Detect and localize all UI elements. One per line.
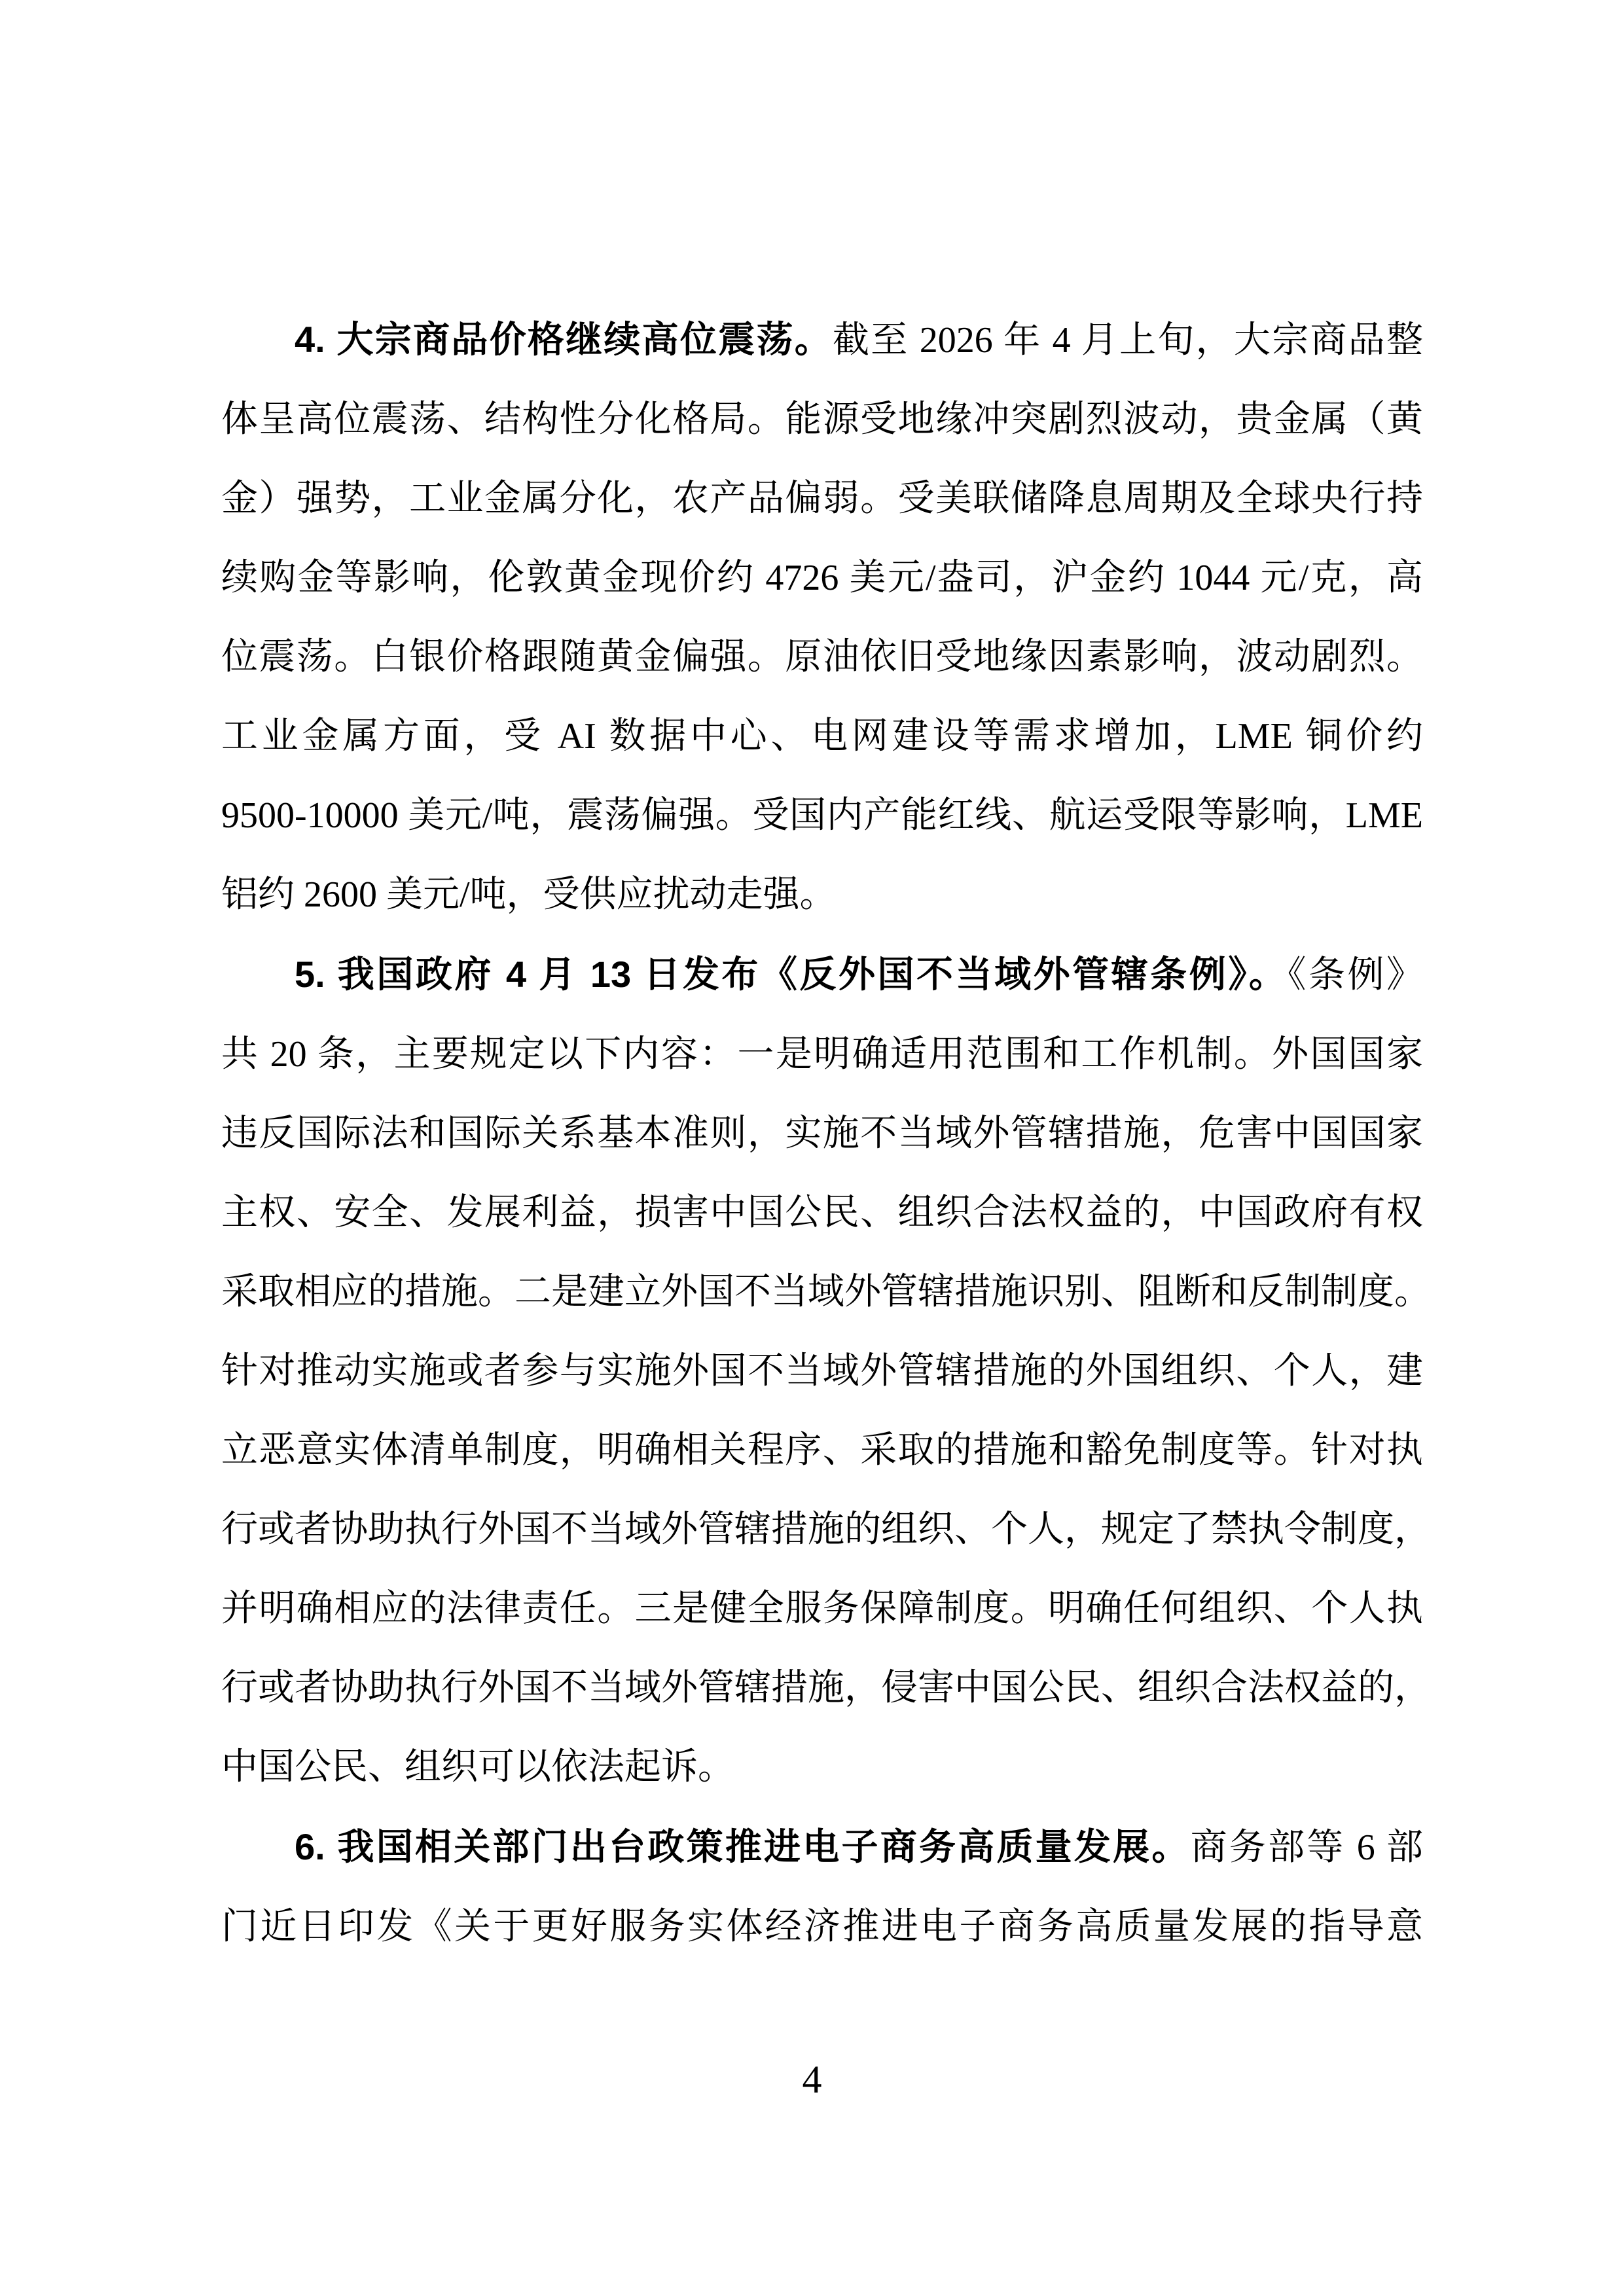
text-line: 门近日印发《关于更好服务实体经济推进电子商务高质量发展的指导意 <box>221 1888 1423 1967</box>
text-line: 6. 我国相关部门出台政策推进电子商务高质量发展。商务部等 6 部 <box>221 1807 1423 1888</box>
body-text-segment: 并明确相应的法律责任。三是健全服务保障制度。明确任何组织、个人执 <box>221 1588 1423 1629</box>
body-text-segment: 针对推动实施或者参与实施外国不当域外管辖措施的外国组织、个人，建 <box>221 1351 1423 1391</box>
text-line: 体呈高位震荡、结构性分化格局。能源受地缘冲突剧烈波动，贵金属（黄 <box>221 380 1423 459</box>
body-text-segment: 金）强势，工业金属分化，农产品偏弱。受美联储降息周期及全球央行持 <box>221 478 1423 519</box>
text-line: 共 20 条，主要规定以下内容：一是明确适用范围和工作机制。外国国家 <box>221 1015 1423 1094</box>
body-text-segment: 共 20 条，主要规定以下内容：一是明确适用范围和工作机制。外国国家 <box>221 1034 1423 1075</box>
text-line: 9500-10000 美元/吨，震荡偏强。受国内产能红线、航运受限等影响，LME <box>221 776 1423 855</box>
text-line: 主权、安全、发展利益，损害中国公民、组织合法权益的，中国政府有权 <box>221 1174 1423 1253</box>
text-line: 并明确相应的法律责任。三是健全服务保障制度。明确任何组织、个人执 <box>221 1570 1423 1649</box>
text-line: 行或者协助执行外国不当域外管辖措施，侵害中国公民、组织合法权益的， <box>221 1649 1423 1728</box>
body-text-segment: 铝约 2600 美元/吨，受供应扰动走强。 <box>221 874 837 915</box>
text-line: 立恶意实体清单制度，明确相关程序、采取的措施和豁免制度等。针对执 <box>221 1411 1423 1490</box>
body-text-segment: 截至 2026 年 4 月上旬，大宗商品整 <box>833 320 1423 361</box>
document-body: 4. 大宗商品价格继续高位震荡。截至 2026 年 4 月上旬，大宗商品整体呈高… <box>221 300 1423 1967</box>
text-line: 5. 我国政府 4 月 13 日发布《反外国不当域外管辖条例》。《条例》 <box>221 935 1423 1015</box>
body-text-segment: 续购金等影响，伦敦黄金现价约 4726 美元/盎司，沪金约 1044 元/克，高 <box>221 558 1423 598</box>
body-text-segment: 中国公民、组织可以依法起诉。 <box>221 1747 734 1787</box>
text-line: 位震荡。白银价格跟随黄金偏强。原油依旧受地缘因素影响，波动剧烈。 <box>221 618 1423 697</box>
text-line: 违反国际法和国际关系基本准则，实施不当域外管辖措施，危害中国国家 <box>221 1094 1423 1174</box>
text-line: 工业金属方面，受 AI 数据中心、电网建设等需求增加，LME 铜价约 <box>221 697 1423 776</box>
text-line: 4. 大宗商品价格继续高位震荡。截至 2026 年 4 月上旬，大宗商品整 <box>221 300 1423 380</box>
text-line: 采取相应的措施。二是建立外国不当域外管辖措施识别、阻断和反制制度。 <box>221 1253 1423 1332</box>
body-text-segment: 行或者协助执行外国不当域外管辖措施的组织、个人，规定了禁执令制度， <box>221 1509 1431 1550</box>
body-text-segment: 工业金属方面，受 AI 数据中心、电网建设等需求增加，LME 铜价约 <box>221 716 1423 757</box>
body-text-segment: 位震荡。白银价格跟随黄金偏强。原油依旧受地缘因素影响，波动剧烈。 <box>221 637 1423 677</box>
body-text-segment: 立恶意实体清单制度，明确相关程序、采取的措施和豁免制度等。针对执 <box>221 1430 1423 1471</box>
body-text-segment: 商务部等 6 部 <box>1191 1827 1423 1868</box>
bold-heading-segment: 4. 大宗商品价格继续高位震荡。 <box>295 319 833 360</box>
text-line: 针对推动实施或者参与实施外国不当域外管辖措施的外国组织、个人，建 <box>221 1332 1423 1411</box>
bold-heading-segment: 6. 我国相关部门出台政策推进电子商务高质量发展。 <box>295 1826 1191 1867</box>
text-line: 行或者协助执行外国不当域外管辖措施的组织、个人，规定了禁执令制度， <box>221 1490 1423 1570</box>
bold-heading-segment: 5. 我国政府 4 月 13 日发布《反外国不当域外管辖条例》。 <box>295 954 1288 995</box>
body-text-segment: 主权、安全、发展利益，损害中国公民、组织合法权益的，中国政府有权 <box>221 1193 1423 1233</box>
text-line: 中国公民、组织可以依法起诉。 <box>221 1728 1423 1807</box>
page-number: 4 <box>0 2055 1624 2104</box>
body-text-segment: 《条例》 <box>1288 955 1423 996</box>
body-text-segment: 9500-10000 美元/吨，震荡偏强。受国内产能红线、航运受限等影响，LME <box>221 795 1423 836</box>
text-line: 铝约 2600 美元/吨，受供应扰动走强。 <box>221 855 1423 935</box>
text-line: 金）强势，工业金属分化，农产品偏弱。受美联储降息周期及全球央行持 <box>221 459 1423 539</box>
body-text-segment: 行或者协助执行外国不当域外管辖措施，侵害中国公民、组织合法权益的， <box>221 1668 1431 1708</box>
body-text-segment: 体呈高位震荡、结构性分化格局。能源受地缘冲突剧烈波动，贵金属（黄 <box>221 399 1423 440</box>
body-text-segment: 门近日印发《关于更好服务实体经济推进电子商务高质量发展的指导意 <box>221 1907 1423 1947</box>
body-text-segment: 违反国际法和国际关系基本准则，实施不当域外管辖措施，危害中国国家 <box>221 1113 1423 1154</box>
document-page: { "page": { "background": "#ffffff", "te… <box>0 0 1624 2296</box>
text-line: 续购金等影响，伦敦黄金现价约 4726 美元/盎司，沪金约 1044 元/克，高 <box>221 539 1423 618</box>
body-text-segment: 采取相应的措施。二是建立外国不当域外管辖措施识别、阻断和反制制度。 <box>221 1272 1431 1312</box>
